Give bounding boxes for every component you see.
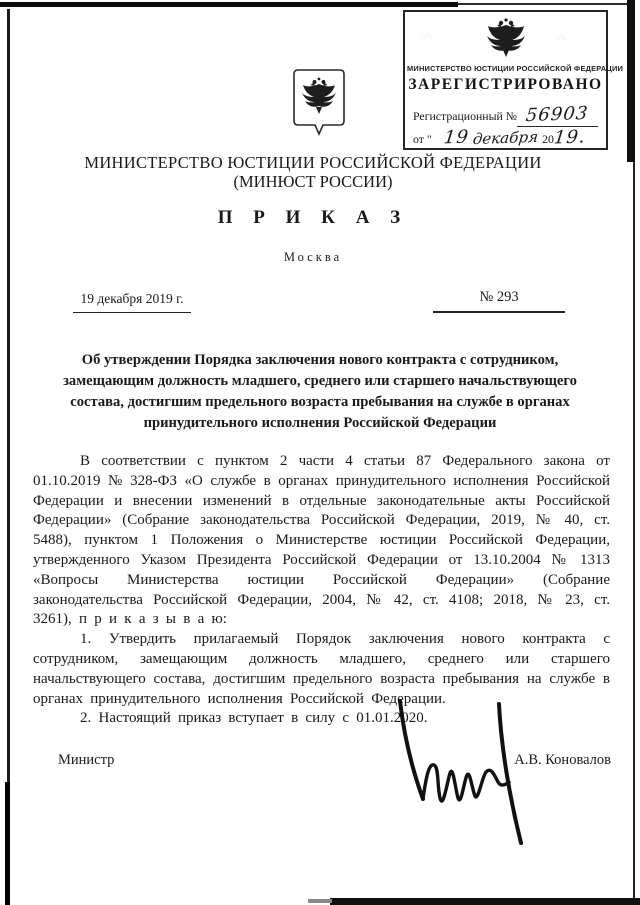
ministry-short-title: (МИНЮСТ РОССИИ)	[0, 172, 626, 192]
stamp-date-month: декабря	[472, 128, 539, 148]
order-number: № 293	[433, 289, 565, 313]
stamp-date-value: 19 декабря 2019.	[432, 127, 598, 150]
ministry-title: МИНИСТЕРСТВО ЮСТИЦИИ РОССИЙСКОЙ ФЕДЕРАЦИ…	[0, 153, 626, 173]
scan-edge-left	[7, 9, 10, 905]
scanned-order-document: ·˙· ·˙· МИНИСТЕРСТВО ЮСТИЦИИ РОССИЙСКОЙ …	[0, 0, 640, 905]
stamp-date-year-printed: 20	[542, 132, 554, 146]
scan-edge-left-bottom	[5, 782, 10, 905]
order-body: В соответствии с пунктом 2 части 4 стать…	[33, 452, 610, 729]
stamp-date-row: от " 19 декабря 2019.	[413, 127, 598, 150]
scan-edge-right-top	[627, 0, 635, 162]
order-paragraph: В соответствии с пунктом 2 части 4 стать…	[33, 452, 610, 630]
stamp-reg-number-value: 56903	[517, 104, 598, 127]
order-date: 19 декабря 2019 г.	[73, 291, 191, 313]
city-label: Москва	[0, 250, 626, 265]
scan-edge-bottom	[330, 898, 640, 905]
double-headed-eagle-icon	[484, 16, 528, 60]
stamp-date-prefix: от "	[413, 132, 432, 147]
scan-edge-bottom-gray	[308, 899, 332, 903]
signer-position: Министр	[58, 752, 114, 769]
scan-edge-top	[0, 2, 458, 7]
scan-edge-top-thin	[458, 3, 630, 5]
stamp-date-year-written: 19.	[553, 126, 587, 148]
document-type-title: П Р И К А З	[0, 207, 626, 229]
handwritten-signature-icon	[390, 693, 540, 853]
stamp-ministry-line: МИНИСТЕРСТВО ЮСТИЦИИ РОССИЙСКОЙ ФЕДЕРАЦИ…	[407, 64, 604, 73]
order-subject: Об утверждении Порядка заключения нового…	[42, 350, 598, 434]
scan-smudge: ·˙·	[557, 34, 567, 45]
coat-of-arms-icon	[291, 68, 347, 142]
stamp-reg-number-label: Регистрационный №	[413, 109, 517, 124]
scan-smudge: ·˙·	[422, 31, 432, 42]
stamp-date-day: 19	[443, 127, 470, 149]
stamp-reg-number-row: Регистрационный № 56903	[413, 104, 598, 127]
registration-stamp: ·˙· ·˙· МИНИСТЕРСТВО ЮСТИЦИИ РОССИЙСКОЙ …	[403, 10, 608, 150]
stamp-registered-label: ЗАРЕГИСТРИРОВАНО	[405, 76, 606, 94]
